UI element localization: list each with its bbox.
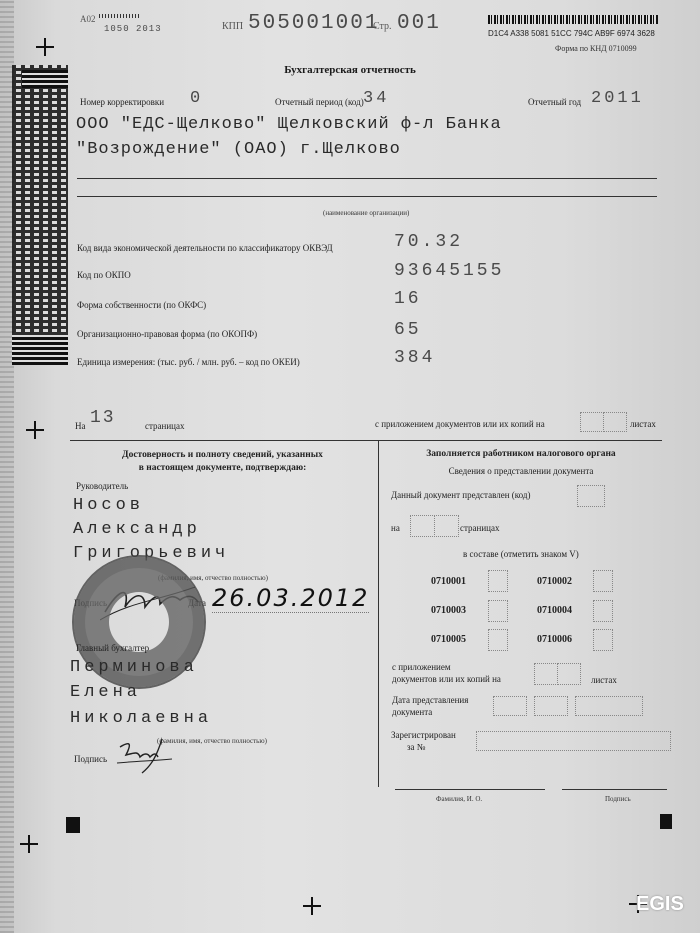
attach-label: с приложением документов или их копий на bbox=[392, 661, 501, 685]
registration-cross-icon bbox=[20, 835, 38, 853]
document-title: Бухгалтерская отчетность bbox=[0, 64, 700, 76]
divider bbox=[77, 178, 657, 179]
fio-line bbox=[395, 789, 545, 790]
okpo-label: Код по ОКПО bbox=[77, 270, 131, 280]
okfs-label: Форма собственности (по ОКФС) bbox=[77, 300, 206, 310]
org-name-line2: "Возрождение" (ОАО) г.Щелково bbox=[76, 140, 401, 159]
pages-prefix: На bbox=[75, 421, 86, 431]
submission-date-label-line1: Дата представления bbox=[392, 694, 468, 706]
form-code-0710003: 0710003 bbox=[431, 605, 466, 616]
accountant-signature bbox=[112, 735, 192, 775]
attach-label-line1: с приложением bbox=[392, 661, 501, 673]
form-code: A02 bbox=[80, 14, 96, 24]
submission-month-cell[interactable] bbox=[534, 696, 568, 716]
page-label: Стр. bbox=[373, 21, 392, 32]
on-label: на bbox=[391, 523, 400, 533]
period-label: Отчетный период (код) bbox=[275, 97, 364, 107]
registered-label-line1: Зарегистрирован bbox=[391, 729, 456, 741]
fio-caption-right: Фамилия, И. О. bbox=[436, 795, 482, 803]
pages-value: 13 bbox=[90, 408, 116, 428]
submission-year-cell[interactable] bbox=[575, 696, 643, 716]
checkbox-0710002[interactable] bbox=[593, 570, 613, 592]
kpp-label: КПП bbox=[222, 21, 243, 32]
top-right-barcode bbox=[488, 15, 658, 24]
okved-label: Код вида экономической деятельности по к… bbox=[77, 243, 333, 253]
2d-barcode bbox=[12, 65, 68, 365]
submitted-label: Данный документ представлен (код) bbox=[391, 490, 531, 500]
checkbox-0710004[interactable] bbox=[593, 600, 613, 622]
form-kind: Форма по КНД 0710099 bbox=[555, 44, 637, 53]
submission-date-label-line2: документа bbox=[392, 706, 468, 718]
okved-value: 70.32 bbox=[394, 232, 463, 252]
pages-suffix: страницах bbox=[145, 421, 184, 431]
okfs-value: 16 bbox=[394, 289, 422, 309]
director-first-name: Александр bbox=[73, 520, 201, 539]
alignment-marker bbox=[660, 814, 672, 829]
section-divider bbox=[70, 440, 662, 441]
period-value: 34 bbox=[363, 89, 389, 108]
composition-label: в составе (отметить знаком V) bbox=[463, 549, 579, 559]
accountant-label: Главный бухгалтер bbox=[76, 643, 149, 653]
registered-label-line2: за № bbox=[391, 741, 456, 753]
form-code-0710004: 0710004 bbox=[537, 605, 572, 616]
year-label: Отчетный год bbox=[528, 97, 581, 107]
checkbox-0710006[interactable] bbox=[593, 629, 613, 651]
checkbox-0710003[interactable] bbox=[488, 600, 508, 622]
confirm-heading-line2: в настоящем документе, подтверждаю: bbox=[70, 462, 375, 475]
year-value: 2011 bbox=[591, 89, 644, 108]
okpo-value: 93645155 bbox=[394, 261, 504, 281]
attachments-cell[interactable] bbox=[603, 412, 627, 432]
submission-date-label: Дата представления документа bbox=[392, 694, 468, 718]
page-value: 001 bbox=[397, 12, 441, 35]
kpp-value: 505001001 bbox=[248, 12, 379, 35]
okopf-value: 65 bbox=[394, 320, 422, 340]
registration-cross-icon bbox=[36, 38, 54, 56]
registered-label: Зарегистрирован за № bbox=[391, 729, 456, 753]
accountant-first-name: Елена bbox=[70, 683, 141, 702]
signature-date: 26.03.2012 bbox=[212, 584, 369, 613]
barcode-bottom-bars bbox=[12, 335, 68, 365]
form-code-0710001: 0710001 bbox=[431, 576, 466, 587]
form-code-0710005: 0710005 bbox=[431, 634, 466, 645]
confirm-heading-line1: Достоверность и полноту сведений, указан… bbox=[70, 449, 375, 462]
attachments-cell[interactable] bbox=[580, 412, 604, 432]
registration-number-field[interactable] bbox=[476, 731, 671, 751]
okopf-label: Организационно-правовая форма (по ОКОПФ) bbox=[77, 329, 257, 339]
attach-cell[interactable] bbox=[557, 663, 581, 685]
registration-cross-icon bbox=[26, 421, 44, 439]
registration-cross-icon bbox=[303, 897, 321, 915]
accountant-signature-label: Подпись bbox=[74, 754, 107, 764]
column-divider bbox=[378, 440, 379, 787]
alignment-marker bbox=[66, 817, 80, 833]
director-label: Руководитель bbox=[76, 481, 128, 491]
attach-suffix: листах bbox=[591, 675, 617, 685]
watermark: EGIS bbox=[636, 893, 684, 916]
org-caption: (наименование организации) bbox=[323, 209, 409, 217]
confirm-heading: Достоверность и полноту сведений, указан… bbox=[70, 449, 375, 475]
okei-label: Единица измерения: (тыс. руб. / млн. руб… bbox=[77, 357, 300, 367]
submission-day-cell[interactable] bbox=[493, 696, 527, 716]
accountant-patronymic: Николаевна bbox=[70, 709, 212, 728]
attachments-label: с приложением документов или их копий на bbox=[375, 419, 545, 429]
org-name-line1: ООО "ЕДС-Щелково" Щелковский ф-л Банка bbox=[76, 115, 502, 134]
director-surname: Носов bbox=[73, 496, 144, 515]
okei-value: 384 bbox=[394, 348, 435, 368]
hash-code: D1C4 A338 5081 51CC 794C AB9F 6974 3628 bbox=[488, 29, 655, 38]
submitted-code-cell[interactable] bbox=[577, 485, 605, 507]
correction-value: 0 bbox=[190, 89, 200, 108]
correction-label: Номер корректировки bbox=[80, 97, 164, 107]
checkbox-0710005[interactable] bbox=[488, 629, 508, 651]
signature-caption-right: Подпись bbox=[605, 795, 631, 803]
tax-office-subheading: Сведения о представлении документа bbox=[380, 466, 662, 476]
tax-office-heading: Заполняется работником налогового органа bbox=[380, 449, 662, 459]
attach-cell[interactable] bbox=[534, 663, 558, 685]
divider bbox=[77, 196, 657, 197]
pages-label: страницах bbox=[460, 523, 499, 533]
signature-line bbox=[562, 789, 667, 790]
mini-barcode bbox=[99, 14, 139, 18]
barcode-number: 1050 2013 bbox=[104, 24, 162, 34]
checkbox-0710001[interactable] bbox=[488, 570, 508, 592]
accountant-surname: Перминова bbox=[70, 658, 198, 677]
attachments-suffix: листах bbox=[630, 419, 656, 429]
attach-label-line2: документов или их копий на bbox=[392, 673, 501, 685]
form-code-0710002: 0710002 bbox=[537, 576, 572, 587]
form-code-0710006: 0710006 bbox=[537, 634, 572, 645]
pages-cell[interactable] bbox=[434, 515, 459, 537]
pages-cell[interactable] bbox=[410, 515, 435, 537]
